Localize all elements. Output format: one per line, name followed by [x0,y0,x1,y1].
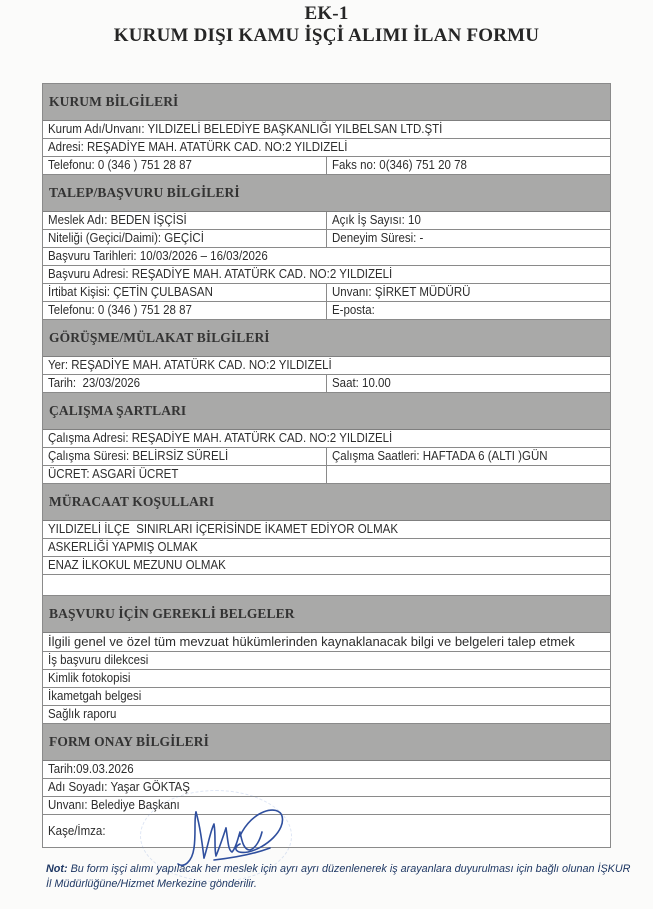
kurum-name: Kurum Adı/Unvanı: YILDIZELİ BELEDİYE BAŞ… [48,121,442,138]
application-dates: Başvuru Tarihleri: 10/03/2026 – 16/03/20… [48,248,268,265]
kurum-contact-row: Telefonu: 0 (346 ) 751 28 87 Faks no: 0(… [43,157,610,175]
document-text: İş başvuru dilekcesi [48,652,148,669]
interview-place: Yer: REŞADİYE MAH. ATATÜRK CAD. NO:2 YIL… [48,357,332,374]
calisma-wage-row: ÜCRET: ASGARİ ÜCRET [43,466,610,484]
wage: ÜCRET: ASGARİ ÜCRET [48,466,178,483]
talep-contact-row: İrtibat Kişisi: ÇETİN ÇULBASAN Unvanı: Ş… [43,284,610,302]
section-header-talep: TALEP/BAŞVURU BİLGİLERİ [43,175,610,212]
kurum-name-row: Kurum Adı/Unvanı: YILDIZELİ BELEDİYE BAŞ… [43,121,610,139]
condition-text: YILDIZELİ İLÇE SINIRLARI İÇERİSİNDE İKAM… [48,521,398,538]
footer-note: Not: Bu form işçi alımı yapılacak her me… [46,862,636,892]
condition-text: ASKERLİĞİ YAPMIŞ OLMAK [48,539,198,556]
condition-item-empty [43,575,610,596]
work-hours: Çalışma Saatleri: HAFTADA 6 (ALTI )GÜN [332,448,548,465]
talep-phone: Telefonu: 0 (346 ) 751 28 87 [48,302,192,319]
stamp-signature-label: Kaşe/İmza: [48,823,106,840]
gorusme-datetime-row: Tarih: 23/03/2026 Saat: 10.00 [43,375,610,393]
talep-phone-row: Telefonu: 0 (346 ) 751 28 87 E-posta: [43,302,610,320]
annex-label: EK-1 [0,3,653,25]
approval-date-row: Tarih:09.03.2026 [43,761,610,779]
talep-dates-row: Başvuru Tarihleri: 10/03/2026 – 16/03/20… [43,248,610,266]
document-item: İş başvuru dilekcesi [43,652,610,670]
section-header-gorusme: GÖRÜŞME/MÜLAKAT BİLGİLERİ [43,320,610,357]
note-label: Not: [46,863,68,875]
open-positions: Açık İş Sayısı: 10 [332,212,421,229]
form-title: KURUM DIŞI KAMU İŞÇİ ALIMI İLAN FORMU [0,25,653,47]
document-item: İlgili genel ve özel tüm mevzuat hükümle… [43,633,610,652]
profession: Meslek Adı: BEDEN İŞÇİSİ [48,212,187,229]
calisma-duration-row: Çalışma Süresi: BELİRSİZ SÜRELİ Çalışma … [43,448,610,466]
talep-nature-row: Niteliği (Geçici/Daimi): GEÇİCİ Deneyim … [43,230,610,248]
document-item: Kimlik fotokopisi [43,670,610,688]
section-header-muracaat: MÜRACAAT KOŞULLARI [43,484,610,521]
note-text: Bu form işçi alımı yapılacak her meslek … [46,863,630,890]
calisma-address-row: Çalışma Adresi: REŞADİYE MAH. ATATÜRK CA… [43,430,610,448]
contact-title: Unvanı: ŞİRKET MÜDÜRÜ [332,284,470,301]
approval-title-row: Unvanı: Belediye Başkanı [43,797,610,815]
gorusme-place-row: Yer: REŞADİYE MAH. ATATÜRK CAD. NO:2 YIL… [43,357,610,375]
job-nature: Niteliği (Geçici/Daimi): GEÇİCİ [48,230,204,247]
section-header-belgeler: BAŞVURU İÇİN GEREKLİ BELGELER [43,596,610,633]
condition-item: ENAZ İLKOKUL MEZUNU OLMAK [43,557,610,575]
kurum-address-row: Adresi: REŞADİYE MAH. ATATÜRK CAD. NO:2 … [43,139,610,157]
work-address: Çalışma Adresi: REŞADİYE MAH. ATATÜRK CA… [48,430,392,447]
kurum-phone: Telefonu: 0 (346 ) 751 28 87 [48,157,192,174]
interview-date: Tarih: 23/03/2026 [48,375,140,392]
kurum-address: Adresi: REŞADİYE MAH. ATATÜRK CAD. NO:2 … [48,139,348,156]
approver-name: Adı Soyadı: Yaşar GÖKTAŞ [48,779,190,796]
document-text: İkametgah belgesi [48,688,141,705]
section-header-onay: FORM ONAY BİLGİLERİ [43,724,610,761]
talep-profession-row: Meslek Adı: BEDEN İŞÇİSİ Açık İş Sayısı:… [43,212,610,230]
kurum-fax: Faks no: 0(346) 751 20 78 [332,157,467,174]
section-header-kurum: KURUM BİLGİLERİ [43,84,610,121]
talep-address-row: Başvuru Adresi: REŞADİYE MAH. ATATÜRK CA… [43,266,610,284]
document-text: Kimlik fotokopisi [48,670,130,687]
approval-date: Tarih:09.03.2026 [48,761,134,778]
interview-time: Saat: 10.00 [332,375,391,392]
condition-text: ENAZ İLKOKUL MEZUNU OLMAK [48,557,226,574]
document-text: Sağlık raporu [48,706,116,723]
experience: Deneyim Süresi: - [332,230,423,247]
condition-item: YILDIZELİ İLÇE SINIRLARI İÇERİSİNDE İKAM… [43,521,610,539]
condition-item: ASKERLİĞİ YAPMIŞ OLMAK [43,539,610,557]
talep-email: E-posta: [332,302,375,319]
work-duration: Çalışma Süresi: BELİRSİZ SÜRELİ [48,448,228,465]
document-item: İkametgah belgesi [43,688,610,706]
section-header-calisma: ÇALIŞMA ŞARTLARI [43,393,610,430]
approval-name-row: Adı Soyadı: Yaşar GÖKTAŞ [43,779,610,797]
application-address: Başvuru Adresi: REŞADİYE MAH. ATATÜRK CA… [48,266,392,283]
approver-title: Unvanı: Belediye Başkanı [48,797,180,814]
document-text: İlgili genel ve özel tüm mevzuat hükümle… [43,633,610,651]
contact-person: İrtibat Kişisi: ÇETİN ÇULBASAN [48,284,213,301]
stamp-signature-row: Kaşe/İmza: [43,815,610,848]
announcement-form: KURUM BİLGİLERİ Kurum Adı/Unvanı: YILDIZ… [42,83,611,848]
document-item: Sağlık raporu [43,706,610,724]
